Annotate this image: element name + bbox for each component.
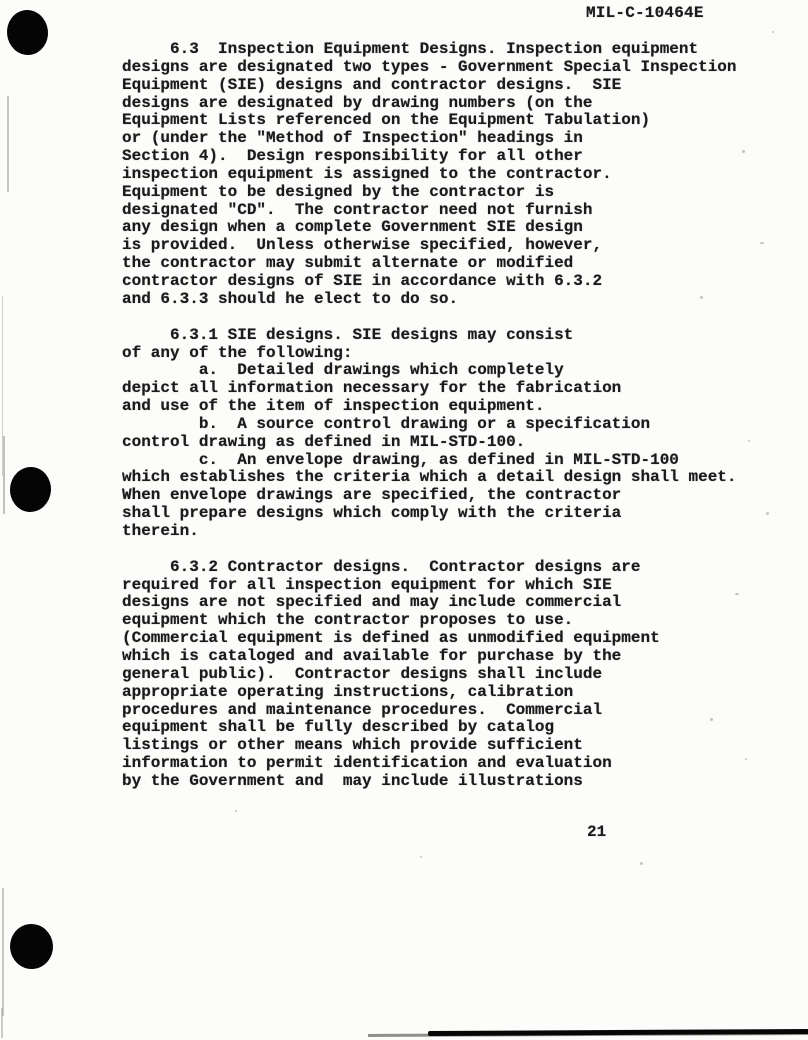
- scan-speckle: [700, 296, 703, 299]
- paragraph-6-3-1: 6.3.1 SIE designs. SIE designs may consi…: [122, 327, 790, 541]
- scan-edge-line: [3, 436, 5, 514]
- scan-speckle: [760, 242, 764, 244]
- scanned-document-page: MIL-C-10464E 6.3 Inspection Equipment De…: [0, 0, 808, 1040]
- scan-edge-line: [2, 888, 4, 1016]
- scan-speckle: [772, 31, 774, 33]
- scan-edge-line: [7, 96, 9, 192]
- paragraph-6-3-2: 6.3.2 Contractor designs. Contractor des…: [122, 559, 790, 791]
- scan-speckle: [742, 150, 745, 153]
- hole-punch-middle: [8, 466, 52, 514]
- paragraph-6-3: 6.3 Inspection Equipment Designs. Inspec…: [122, 41, 790, 309]
- scan-speckle: [710, 718, 713, 721]
- scan-speckle: [766, 512, 769, 515]
- scan-speckle: [420, 856, 422, 858]
- document-number: MIL-C-10464E: [586, 4, 704, 22]
- document-body: 6.3 Inspection Equipment Designs. Inspec…: [122, 41, 790, 791]
- hole-punch-bottom: [9, 923, 54, 970]
- scan-speckle: [735, 593, 739, 595]
- scan-speckle: [640, 862, 643, 865]
- scan-speckle: [235, 810, 237, 812]
- hole-punch-top: [5, 8, 50, 57]
- scan-edge-line: [1, 1008, 3, 1038]
- scan-speckle: [745, 758, 747, 760]
- page-number: 21: [587, 823, 606, 841]
- scan-speckle: [748, 440, 750, 442]
